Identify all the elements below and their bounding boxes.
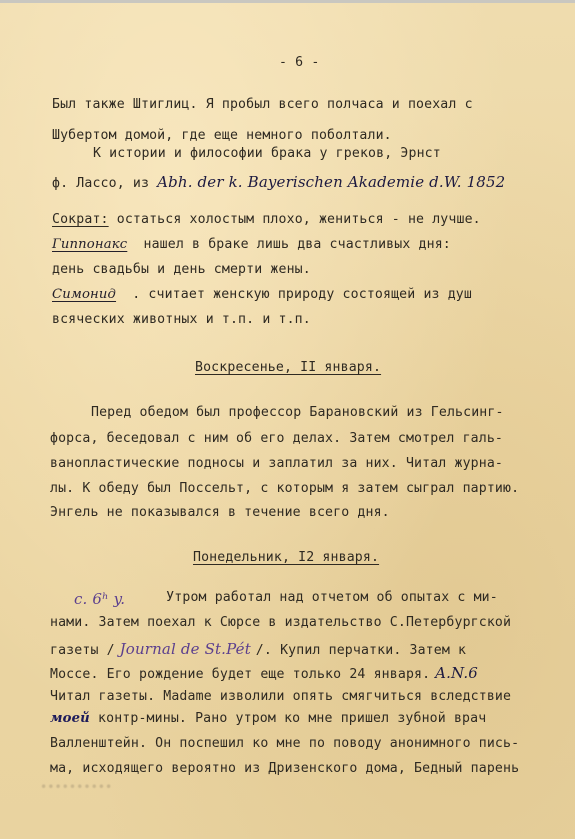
text-line: К истории и философии брака у греков, Эр…: [93, 146, 441, 161]
text-line: Был также Штиглиц. Я пробыл всего полчас…: [52, 97, 473, 112]
page-number: - 6 -: [279, 55, 319, 70]
philosopher-name: Симонид: [52, 287, 116, 302]
philosopher-name: Сократ:: [52, 212, 109, 227]
scan-edge: [0, 0, 575, 3]
paragraph-line: Моссе. Его рождение будет еще только 24 …: [50, 664, 478, 682]
paragraph-line: нами. Затем поехал к Сюрсе в издательств…: [50, 615, 511, 630]
paragraph-line: газеты / Journal de St.Pét /. Купил перч…: [50, 640, 466, 658]
typed-text: ф. Лассо, из: [52, 176, 157, 191]
typed-text: газеты /: [50, 643, 115, 658]
document-page: •••••••••• - 6 - Был также Штиглиц. Я пр…: [0, 0, 575, 839]
handwritten-citation: Abh. der k. Bayerischen Akademie d.W. 18…: [157, 173, 505, 191]
paragraph-line: Утром работал над отчетом об опытах с ми…: [150, 590, 498, 605]
quote-line: Симонид . считает женскую природу состоя…: [52, 287, 472, 302]
handwritten-insert: Journal de St.Pét: [115, 640, 256, 658]
text-line: всяческих животных и т.п. и т.п.: [52, 312, 311, 327]
quote-line: Гиппонакс нашел в браке лишь два счастли…: [52, 237, 451, 252]
section-heading: Понедельник, I2 января.: [193, 550, 379, 565]
typed-text: /. Купил перчатки. Затем к: [256, 643, 466, 658]
text-line: Шубертом домой, где еще немного поболтал…: [52, 128, 392, 143]
text-line: день свадьбы и день смерти жены.: [52, 262, 311, 277]
section-heading: Воскресенье, II января.: [195, 360, 381, 375]
paragraph-line: Энгель не показывался в течение всего дн…: [50, 505, 390, 520]
typed-text: Моссе. Его рождение будет еще только 24 …: [50, 667, 430, 682]
paragraph-line: Читал газеты. Madame изволили опять смяг…: [50, 689, 511, 704]
paragraph-line: ванопластические подносы и заплатил за н…: [50, 456, 503, 471]
handwritten-note: A.N.6: [430, 664, 478, 682]
philosopher-name: Гиппонакс: [52, 237, 127, 252]
paragraph-line: Валленштейн. Он поспешил ко мне по повод…: [50, 736, 519, 751]
handwritten-insert: моей: [50, 711, 90, 726]
paragraph-line: ма, исходящего вероятно из Дризенского д…: [50, 761, 519, 776]
paragraph-line: форса, беседовал с ним об его делах. Зат…: [50, 431, 503, 446]
quote-text: остаться холостым плохо, жениться - не л…: [109, 212, 481, 227]
paragraph-line: лы. К обеду был Поссельт, с которым я за…: [50, 481, 519, 496]
handwritten-margin-note: c. 6ʰ y.: [74, 590, 125, 608]
quote-text: . считает женскую природу состоящей из д…: [116, 287, 472, 302]
paragraph-line: моей контр-мины. Рано утром ко мне прише…: [50, 711, 486, 726]
paragraph-line: Перед обедом был профессор Барановский и…: [91, 405, 504, 420]
bleed-through-text: ••••••••••: [40, 780, 112, 794]
citation-line: ф. Лассо, из Abh. der k. Bayerischen Aka…: [52, 173, 505, 191]
quote-line: Сократ: остаться холостым плохо, женитьс…: [52, 212, 481, 227]
typed-text: контр-мины. Рано утром ко мне пришел зуб…: [90, 711, 486, 726]
quote-text: нашел в браке лишь два счастливых дня:: [127, 237, 451, 252]
